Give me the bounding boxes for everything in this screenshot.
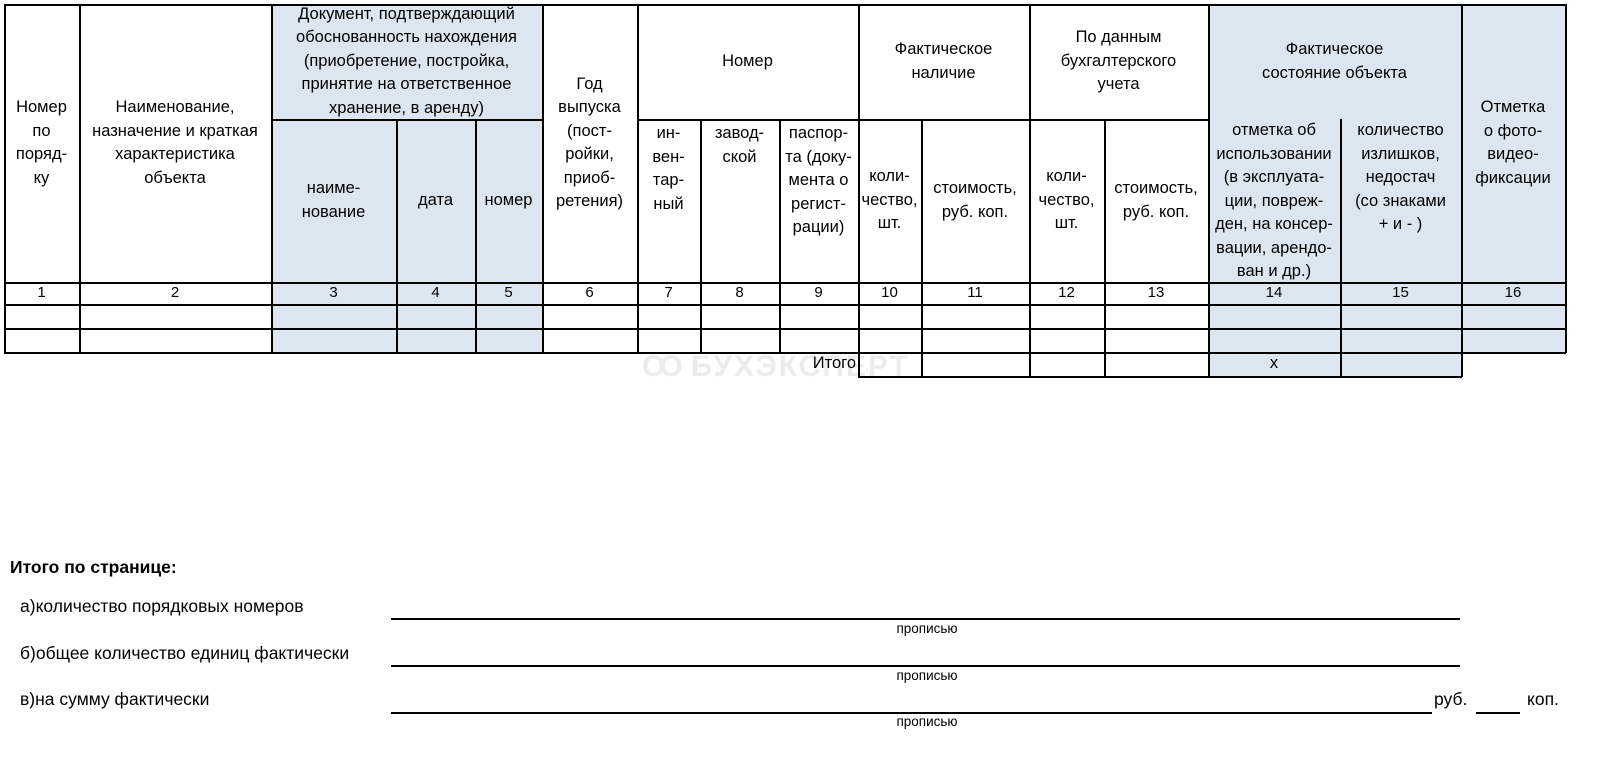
grid-line	[858, 4, 860, 353]
header-state-group: Фактическое состояние объекта	[1208, 4, 1461, 119]
column-number-2: 2	[79, 282, 271, 304]
footer-item-a-hint: прописью	[827, 621, 1027, 636]
header-state-usage: отметка об использовании (в эксплуата- ц…	[1208, 119, 1340, 282]
table-cell[interactable]	[542, 328, 637, 352]
total-actual-qty[interactable]	[858, 352, 921, 376]
grid-line	[1565, 4, 1567, 353]
table-cell[interactable]	[1104, 328, 1208, 352]
header-accounting-group: По данным бухгалтерского учета	[1029, 4, 1208, 119]
header-accounting-qty: коли- чество, шт.	[1029, 119, 1104, 282]
grid-line	[1461, 4, 1463, 353]
column-number-3: 3	[271, 282, 396, 304]
grid-line	[271, 119, 543, 121]
table-cell[interactable]	[1029, 304, 1104, 328]
table-cell[interactable]	[4, 304, 79, 328]
column-number-12: 12	[1029, 282, 1104, 304]
grid-line	[4, 304, 1566, 306]
table-cell[interactable]	[921, 304, 1029, 328]
table-cell[interactable]	[779, 304, 858, 328]
table-cell[interactable]	[858, 304, 921, 328]
table-cell[interactable]	[921, 328, 1029, 352]
grid-line	[542, 4, 544, 353]
grid-line	[1029, 352, 1031, 377]
rub-label: руб.	[1434, 689, 1467, 710]
table-cell[interactable]	[1340, 328, 1461, 352]
table-cell[interactable]	[858, 328, 921, 352]
table-cell[interactable]	[1461, 304, 1565, 328]
total-label: Итого	[780, 352, 858, 376]
grid-line	[4, 282, 1566, 284]
grid-line	[4, 4, 1566, 6]
column-number-11: 11	[921, 282, 1029, 304]
grid-line	[1104, 352, 1106, 377]
grid-line	[271, 4, 273, 353]
kop-input[interactable]	[1476, 712, 1520, 714]
grid-line	[4, 352, 1566, 354]
grid-line	[858, 376, 1462, 378]
footer-item-b-label: общее количество единиц фактически	[36, 643, 349, 663]
column-number-1: 1	[4, 282, 79, 304]
table-cell[interactable]	[4, 328, 79, 352]
header-factory-number: завод- ской	[700, 119, 779, 282]
footer-item-a: а)количество порядковых номеров	[20, 596, 304, 617]
footer-item-b-hint: прописью	[827, 668, 1027, 683]
grid-line	[1340, 352, 1342, 377]
table-cell[interactable]	[396, 328, 475, 352]
column-number-7: 7	[637, 282, 700, 304]
footer-item-a-input[interactable]	[391, 618, 1460, 620]
grid-line	[1208, 4, 1210, 353]
kop-label: коп.	[1527, 689, 1559, 710]
table-cell[interactable]	[271, 304, 396, 328]
column-number-9: 9	[779, 282, 858, 304]
table-cell[interactable]	[700, 328, 779, 352]
grid-line	[1029, 4, 1031, 353]
header-state-surplus: количество излишков, недостач (со знакам…	[1340, 119, 1461, 282]
footer-title: Итого по странице:	[10, 557, 177, 578]
header-document-number: номер	[475, 119, 542, 282]
column-number-15: 15	[1340, 282, 1461, 304]
table-cell[interactable]	[1208, 328, 1340, 352]
table-cell[interactable]	[779, 328, 858, 352]
table-cell[interactable]	[396, 304, 475, 328]
header-actual-group: Фактическое наличие	[858, 4, 1029, 119]
total-accounting-qty[interactable]	[1029, 352, 1104, 376]
table-cell[interactable]	[637, 328, 700, 352]
column-number-13: 13	[1104, 282, 1208, 304]
header-passport-number: паспор- та (доку- мента о регист- рации)	[779, 119, 858, 282]
table-cell[interactable]	[79, 304, 271, 328]
total-actual-cost[interactable]	[921, 352, 1029, 376]
header-object-name: Наименование, назначение и краткая харак…	[79, 4, 271, 282]
grid-line	[700, 119, 702, 353]
table-cell[interactable]	[1208, 304, 1340, 328]
header-accounting-cost: стоимость, руб. коп.	[1104, 119, 1208, 282]
header-actual-cost: стоимость, руб. коп.	[921, 119, 1029, 282]
grid-line	[1461, 352, 1463, 377]
footer-item-b: б)общее количество единиц фактически	[20, 643, 349, 664]
table-cell[interactable]	[475, 328, 542, 352]
grid-line	[396, 119, 398, 353]
table-cell[interactable]	[79, 328, 271, 352]
grid-line	[637, 4, 639, 353]
grid-line	[637, 119, 1209, 121]
column-number-10: 10	[858, 282, 921, 304]
table-cell[interactable]	[271, 328, 396, 352]
header-year: Год выпуска (пост- ройки, приоб- ретения…	[542, 4, 637, 282]
footer-item-c-label: на сумму фактически	[35, 689, 209, 709]
footer-item-c-hint: прописью	[827, 714, 1027, 729]
table-cell[interactable]	[1461, 328, 1565, 352]
owl-glasses-icon: OO	[642, 350, 677, 384]
total-state-usage: х	[1208, 352, 1340, 376]
column-number-5: 5	[475, 282, 542, 304]
footer-item-b-marker: б)	[20, 643, 36, 663]
doc-total-mask	[271, 352, 542, 382]
table-cell[interactable]	[1029, 328, 1104, 352]
grid-line	[4, 328, 1566, 330]
grid-line	[4, 4, 6, 353]
header-actual-qty: коли- чество, шт.	[858, 119, 921, 282]
footer-item-c: в)на сумму фактически	[20, 689, 209, 710]
header-inventory-number: ин- вен- тар- ный	[637, 119, 700, 282]
header-photo-video: Отметка о фото- видео- фиксации	[1461, 4, 1565, 282]
column-number-14: 14	[1208, 282, 1340, 304]
total-state-surplus[interactable]	[1340, 352, 1461, 376]
table-cell[interactable]	[1104, 304, 1208, 328]
grid-line	[921, 119, 923, 353]
total-accounting-cost[interactable]	[1104, 352, 1208, 376]
header-document-name: наиме- нование	[271, 119, 396, 282]
column-number-6: 6	[542, 282, 637, 304]
grid-line	[1340, 119, 1342, 353]
grid-line	[1104, 119, 1106, 353]
grid-line	[1208, 352, 1210, 377]
footer-item-a-marker: а)	[20, 596, 36, 616]
column-number-16: 16	[1461, 282, 1565, 304]
table-cell[interactable]	[1340, 304, 1461, 328]
footer-item-a-label: количество порядковых номеров	[36, 596, 304, 616]
header-document-date: дата	[396, 119, 475, 282]
grid-line	[921, 352, 923, 377]
header-document-group: Документ, подтверждающий обоснованность …	[271, 4, 542, 119]
column-number-8: 8	[700, 282, 779, 304]
column-number-4: 4	[396, 282, 475, 304]
table-cell[interactable]	[475, 304, 542, 328]
grid-line	[858, 352, 860, 377]
table-cell[interactable]	[637, 304, 700, 328]
grid-line	[779, 119, 781, 353]
table-cell[interactable]	[700, 304, 779, 328]
header-number-group: Номер	[637, 4, 858, 119]
table-cell[interactable]	[542, 304, 637, 328]
footer-item-c-marker: в)	[20, 689, 35, 709]
grid-line	[79, 4, 81, 353]
header-order-number: Номер по поряд- ку	[4, 4, 79, 282]
grid-line	[475, 119, 477, 353]
footer-item-b-input[interactable]	[391, 665, 1460, 667]
